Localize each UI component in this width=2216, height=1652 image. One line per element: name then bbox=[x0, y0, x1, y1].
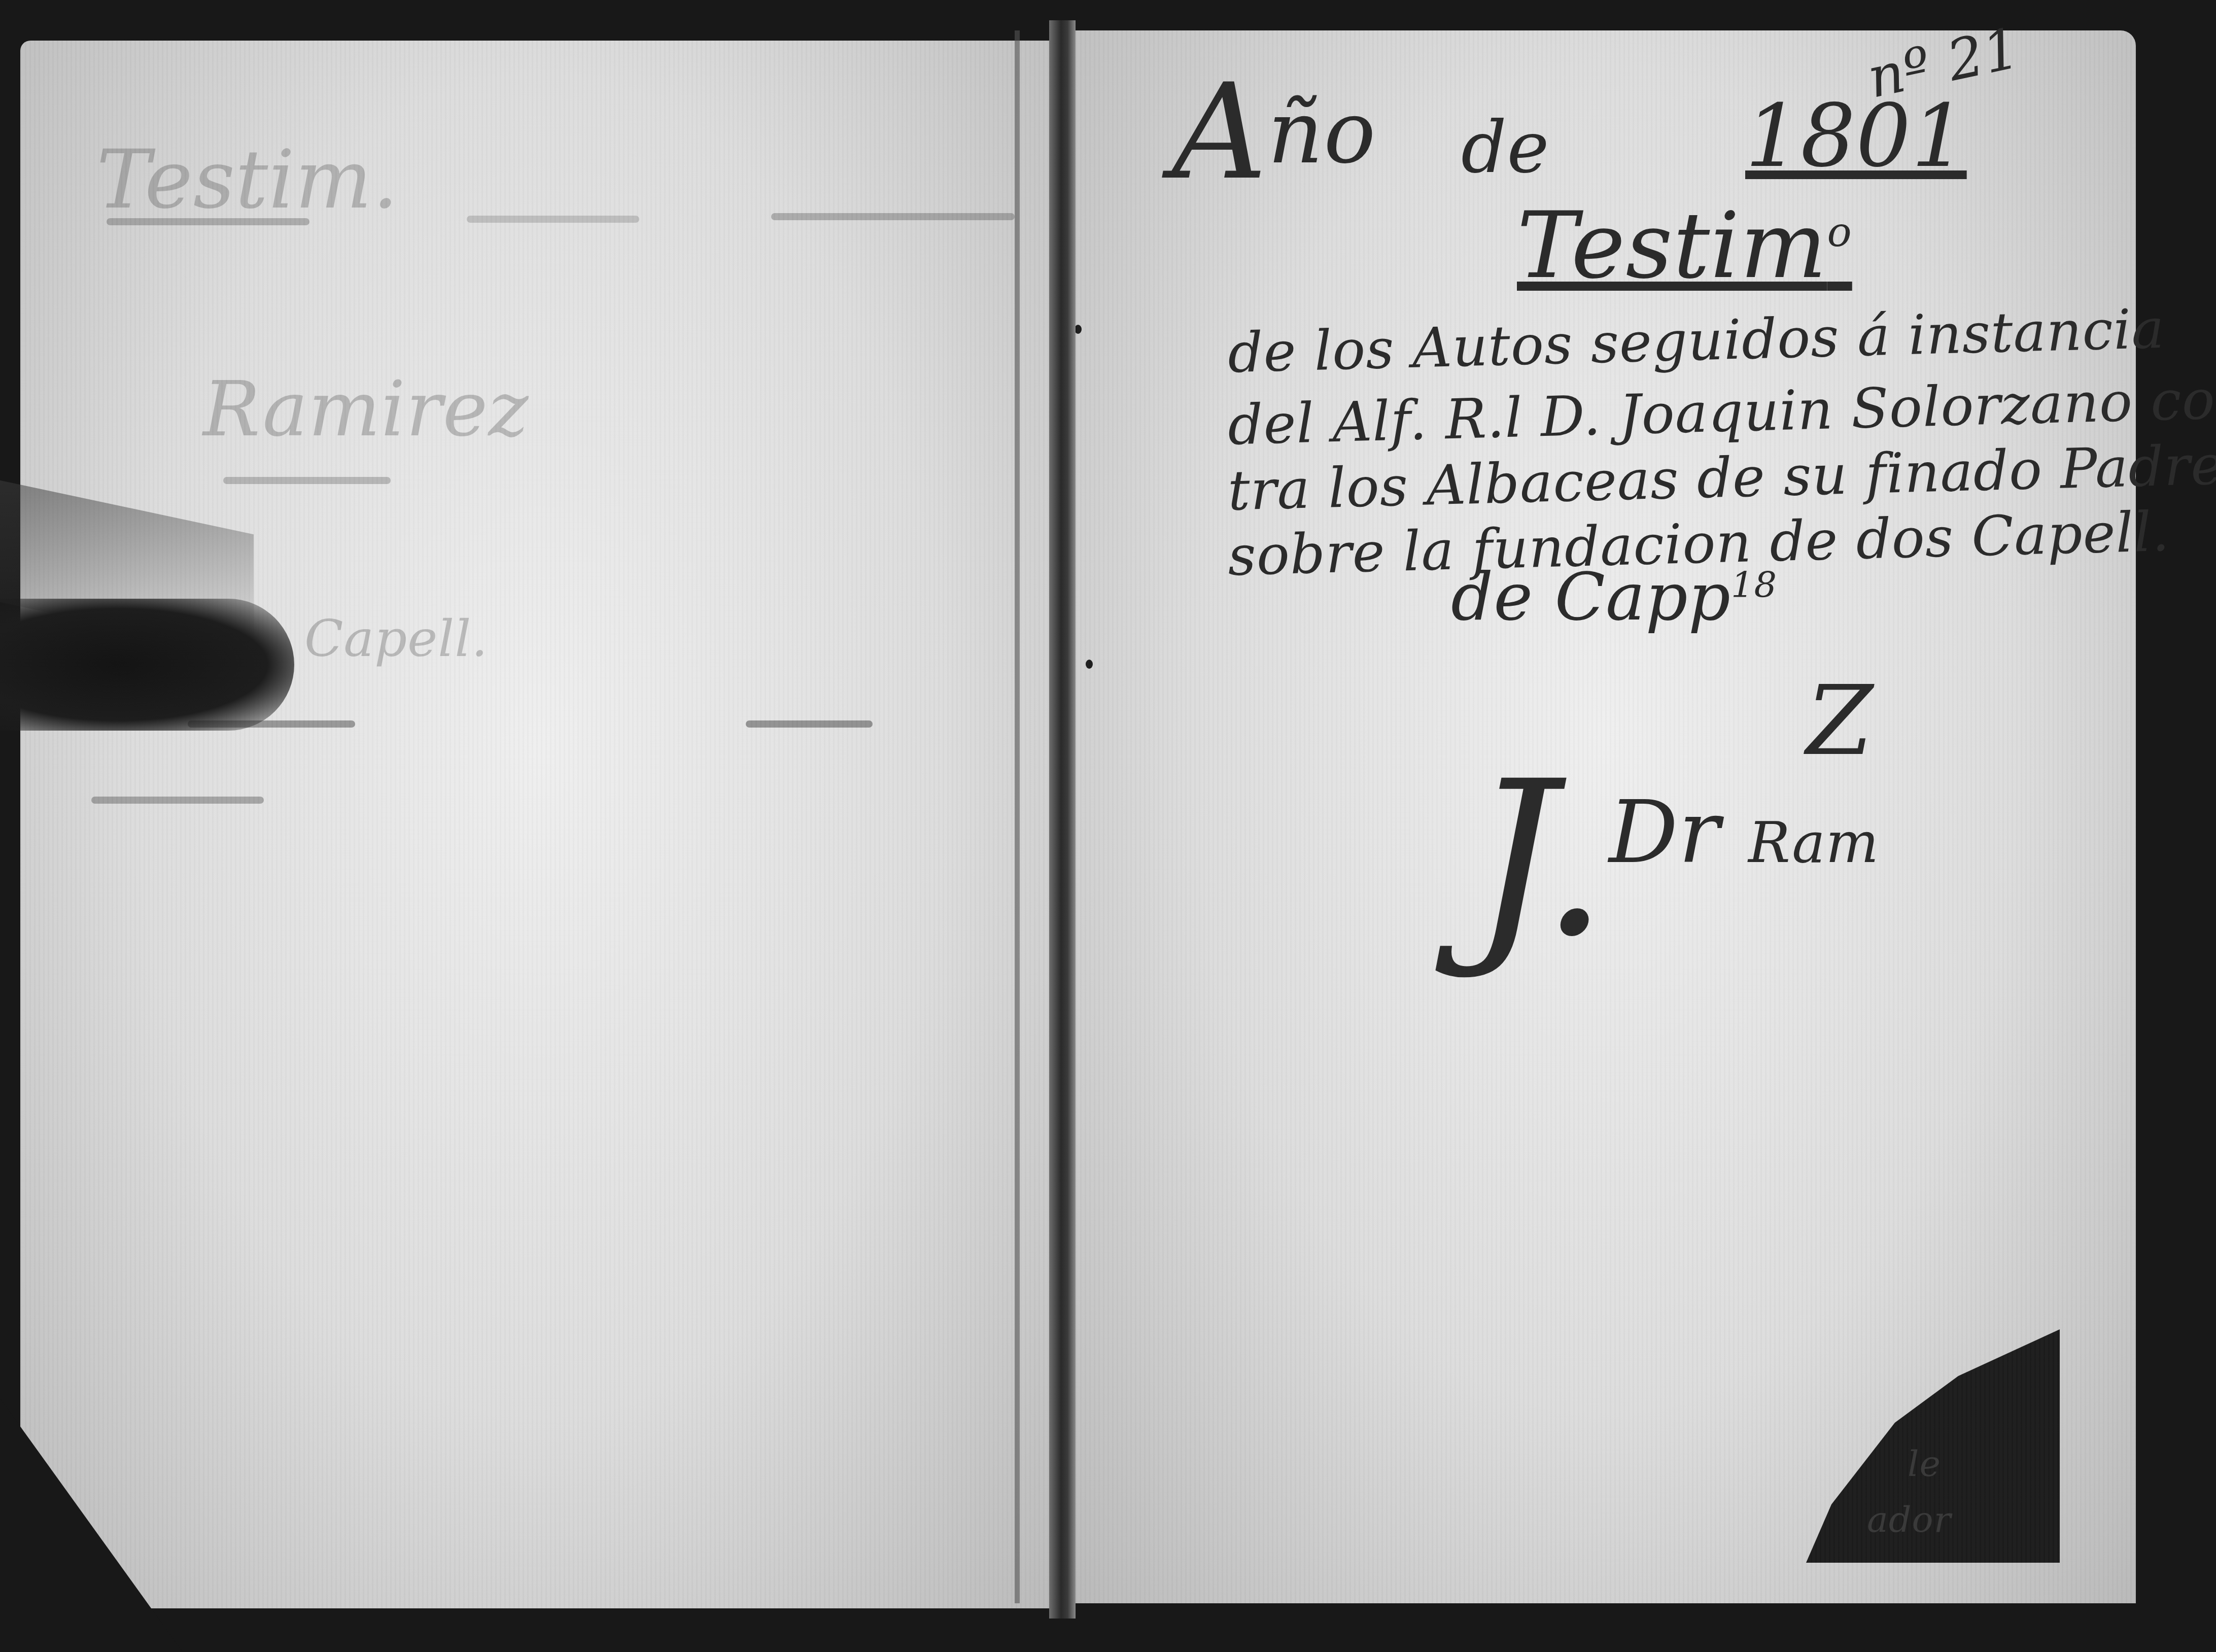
margin-note: le ador bbox=[1867, 1436, 1951, 1547]
bleed-through-line bbox=[223, 477, 391, 484]
finger-holding-page bbox=[0, 599, 294, 731]
subheading-superscript: o bbox=[1827, 209, 1852, 256]
signature-initial: J. bbox=[1471, 736, 1609, 984]
book-spine bbox=[1049, 20, 1076, 1619]
heading-capital: A bbox=[1172, 56, 1268, 209]
binding-hole bbox=[1076, 325, 1082, 334]
bleed-through-line bbox=[467, 216, 639, 223]
page-edge-line bbox=[1015, 30, 1020, 1603]
heading-word-rest: ño bbox=[1268, 83, 1376, 183]
subheading-word: Testim bbox=[1517, 193, 1827, 299]
signature-name: Ram bbox=[1748, 810, 1879, 875]
subheading: Testimo bbox=[1517, 193, 1852, 299]
margin-note-line: ador bbox=[1867, 1492, 1951, 1547]
heading-connector: de bbox=[1461, 107, 1549, 189]
margin-note-line: le bbox=[1867, 1436, 1951, 1492]
body-tail-word: de Capp bbox=[1451, 558, 1731, 635]
heading-year: 1801 bbox=[1745, 86, 1967, 187]
bleed-through-line bbox=[91, 797, 264, 804]
bleed-through-text: Ramirez bbox=[203, 365, 529, 454]
signature-mark: Z bbox=[1806, 665, 1874, 777]
body-tail-superscript: 18 bbox=[1731, 564, 1777, 606]
bleed-through-text: Capell. bbox=[304, 609, 488, 668]
binding-hole bbox=[1086, 660, 1093, 669]
bleed-through-text: Testim. bbox=[96, 132, 399, 227]
left-page: Testim. Ramirez Capell. bbox=[20, 41, 1060, 1608]
heading-word: Año bbox=[1172, 56, 1376, 209]
bleed-through-line bbox=[771, 213, 1015, 220]
signature-title: Dr bbox=[1609, 782, 1720, 883]
body-tail: de Capp18 bbox=[1451, 558, 1777, 635]
bleed-through-line bbox=[746, 720, 873, 728]
